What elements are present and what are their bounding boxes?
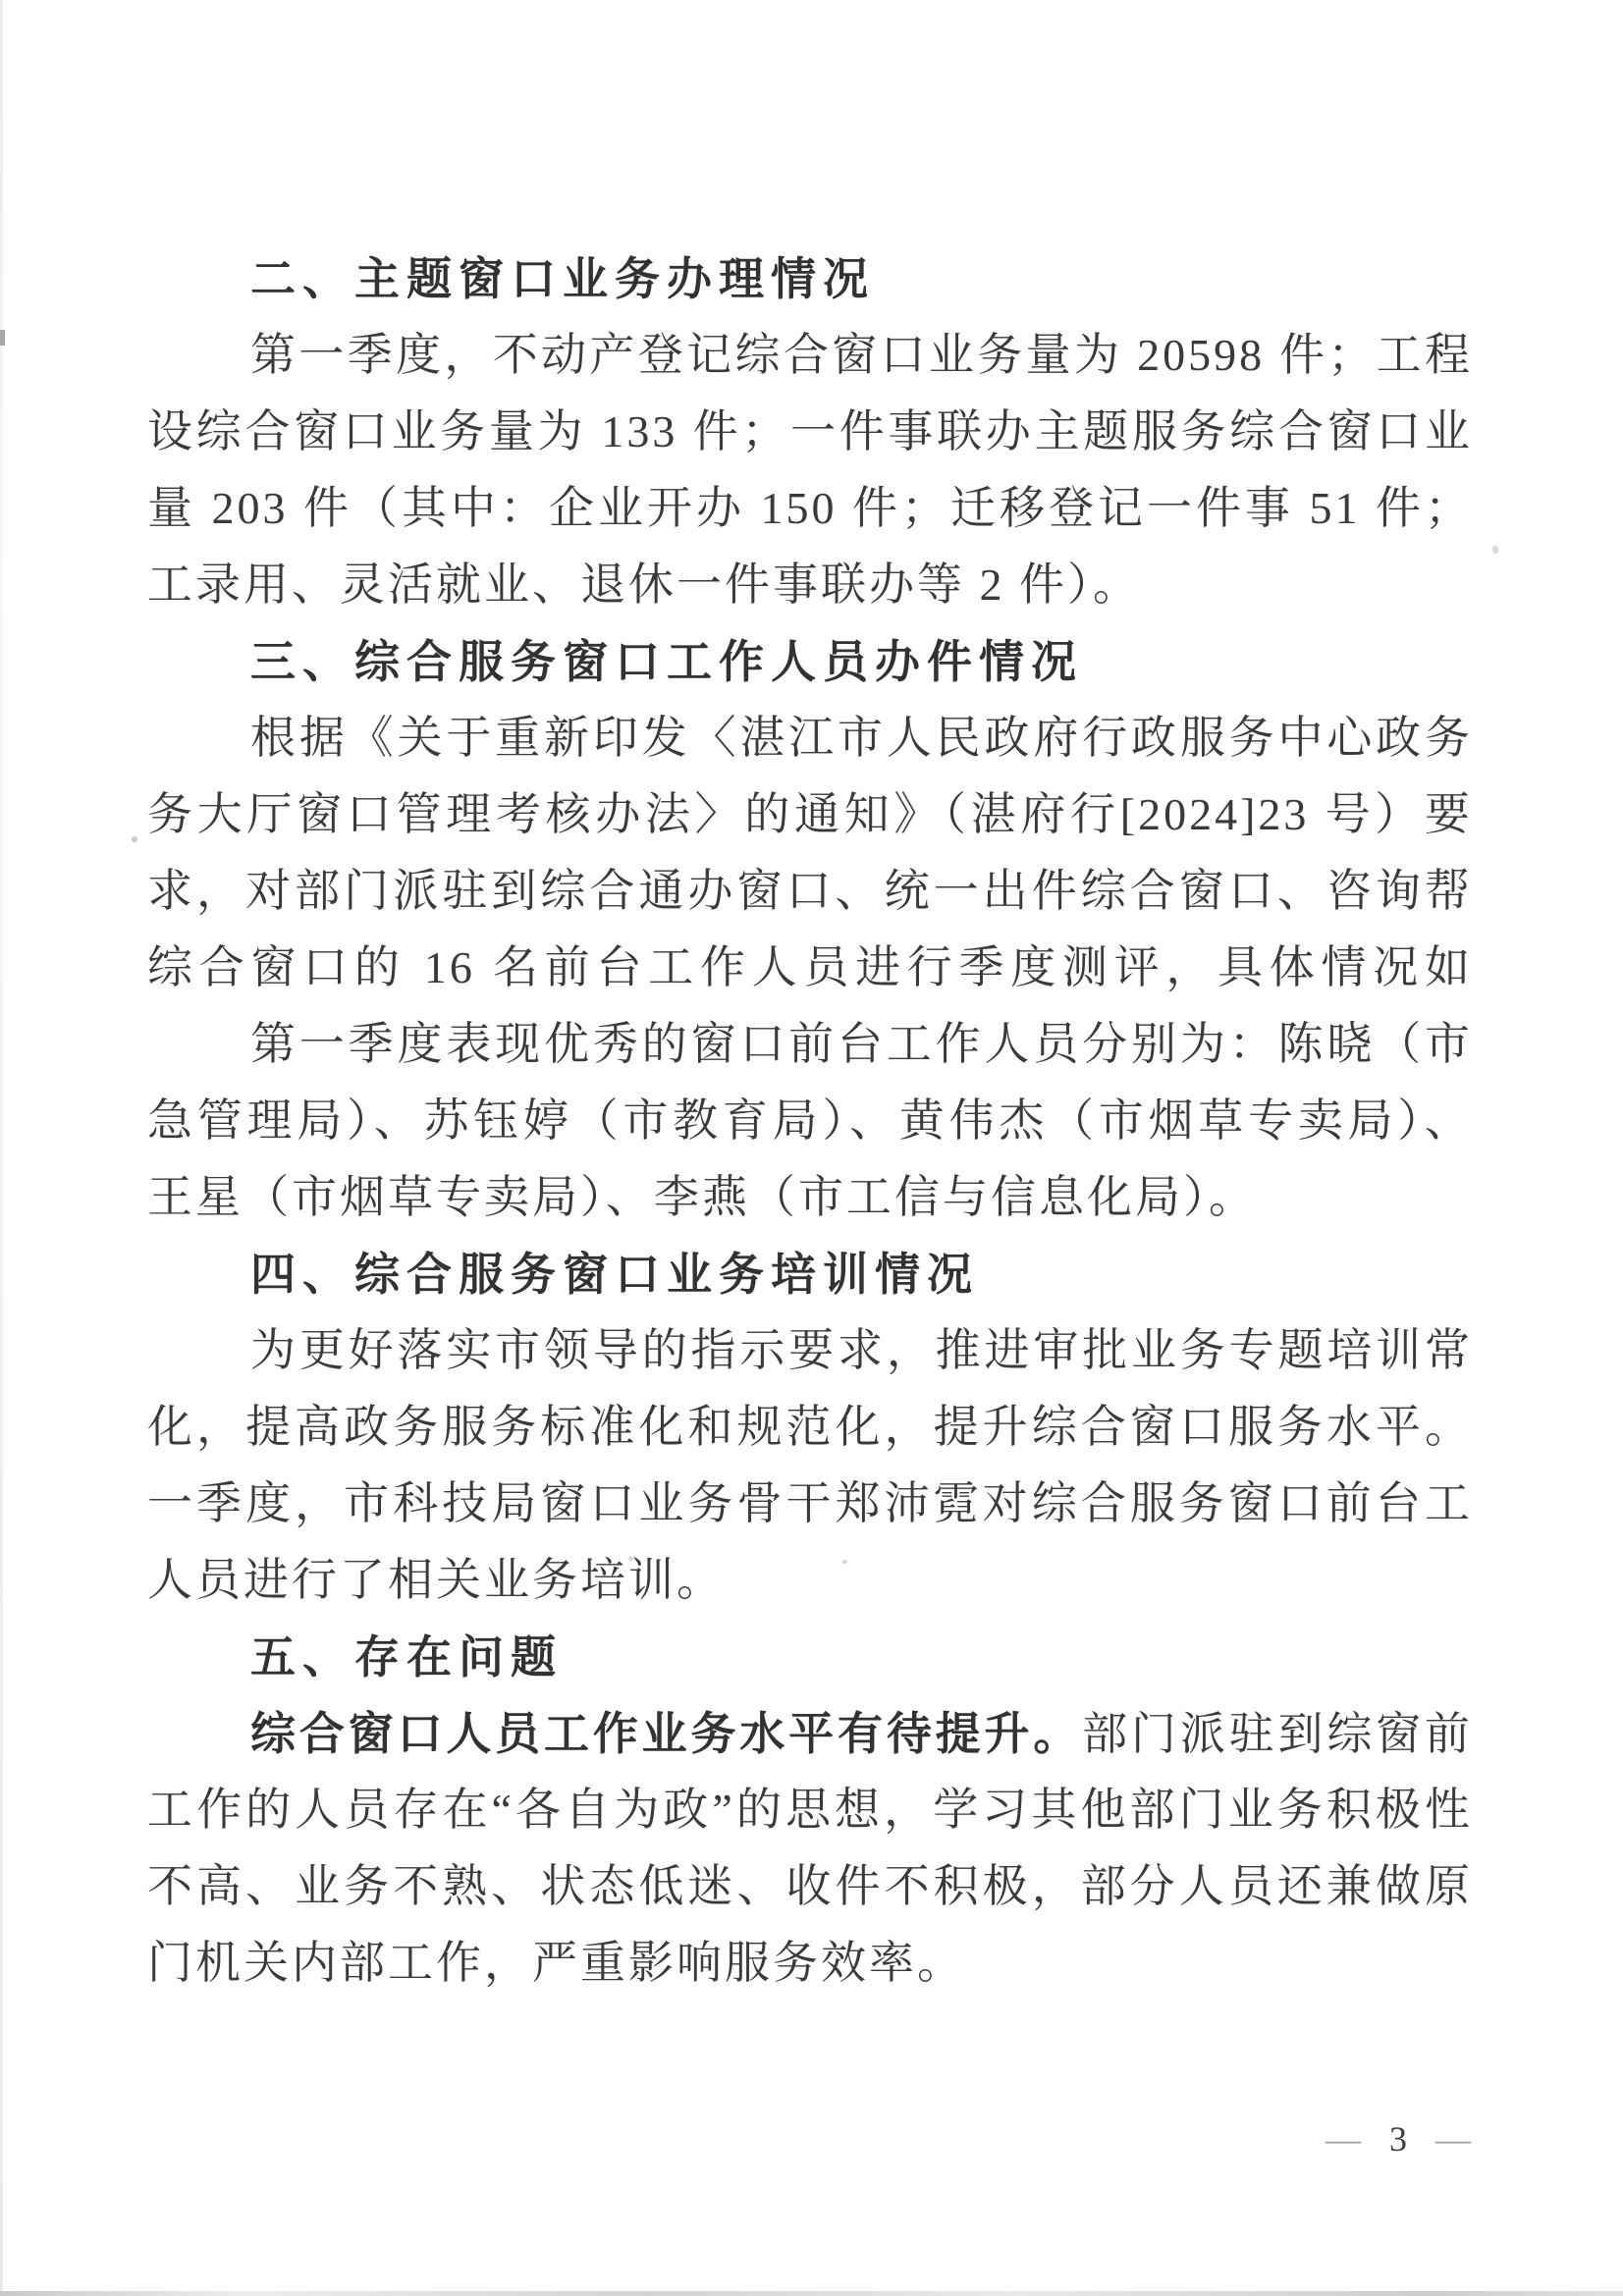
text-line: 量 203 件（其中：企业开办 150 件；迁移登记一件事 51 件；员 [147, 470, 1473, 547]
scan-bottom-edge-artifact [0, 2291, 1623, 2296]
text-line: 综合窗口的 16 名前台工作人员进行季度测评，具体情况如下： [147, 930, 1473, 1006]
section-heading-4: 四、综合服务窗口业务培训情况 [147, 1236, 1473, 1312]
document-page: { "page": { "number": "3", "dash": "—" }… [0, 0, 1623, 2296]
document-text-block: 二、主题窗口业务办理情况 第一季度，不动产登记综合窗口业务量为 20598 件；… [147, 240, 1473, 2002]
text-line: 第一季度，不动产登记综合窗口业务量为 20598 件；工程建 [147, 317, 1473, 394]
emphasis-bold-text: 综合窗口人员工作业务水平有待提升。 [250, 1708, 1082, 1759]
text-line: 急管理局）、苏钰婷（市教育局）、黄伟杰（市烟草专卖局）、 [147, 1083, 1473, 1159]
section-heading-5: 五、存在问题 [147, 1619, 1473, 1695]
scan-speck [132, 836, 137, 842]
page-number: — 3 — [1325, 2118, 1481, 2160]
text-line: 不高、业务不熟、状态低迷、收件不积极，部分人员还兼做原部 [147, 1848, 1473, 1925]
scan-left-edge-tick [0, 330, 5, 346]
text-line: 根据《关于重新印发〈湛江市人民政府行政服务中心政务服 [147, 700, 1473, 776]
text-line: 工录用、灵活就业、退休一件事联办等 2 件）。 [147, 547, 1473, 623]
text-line: 门机关内部工作，严重影响服务效率。 [147, 1925, 1473, 2002]
section-heading-3: 三、综合服务窗口工作人员办件情况 [147, 623, 1473, 700]
section-heading-2: 二、主题窗口业务办理情况 [147, 240, 1473, 317]
page-number-dash-right: — [1435, 2119, 1481, 2159]
text-line: 工作的人员存在“各自为政”的思想，学习其他部门业务积极性 [147, 1772, 1473, 1848]
page-number-value: 3 [1389, 2119, 1417, 2159]
text-line: 综合窗口人员工作业务水平有待提升。部门派驻到综窗前台 [147, 1695, 1473, 1772]
text-line: 求，对部门派驻到综合通办窗口、统一出件综合窗口、咨询帮办 [147, 853, 1473, 930]
text-line: 第一季度表现优秀的窗口前台工作人员分别为：陈晓（市应 [147, 1006, 1473, 1083]
page-number-dash-left: — [1325, 2119, 1371, 2159]
text-line: 务大厅窗口管理考核办法〉的通知》（湛府行[2024]23 号）要 [147, 776, 1473, 853]
text-line: 化，提高政务服务标准化和规范化，提升综合窗口服务水平。第 [147, 1389, 1473, 1466]
text-line: 王星（市烟草专卖局）、李燕（市工信与信息化局）。 [147, 1159, 1473, 1236]
text-line: 一季度，市科技局窗口业务骨干郑沛霓对综合服务窗口前台工作 [147, 1466, 1473, 1542]
text-line: 为更好落实市领导的指示要求，推进审批业务专题培训常态 [147, 1312, 1473, 1389]
text-line: 人员进行了相关业务培训。 [147, 1542, 1473, 1619]
scan-speck [1492, 546, 1498, 554]
text-line: 设综合窗口业务量为 133 件；一件事联办主题服务综合窗口业务 [147, 394, 1473, 470]
